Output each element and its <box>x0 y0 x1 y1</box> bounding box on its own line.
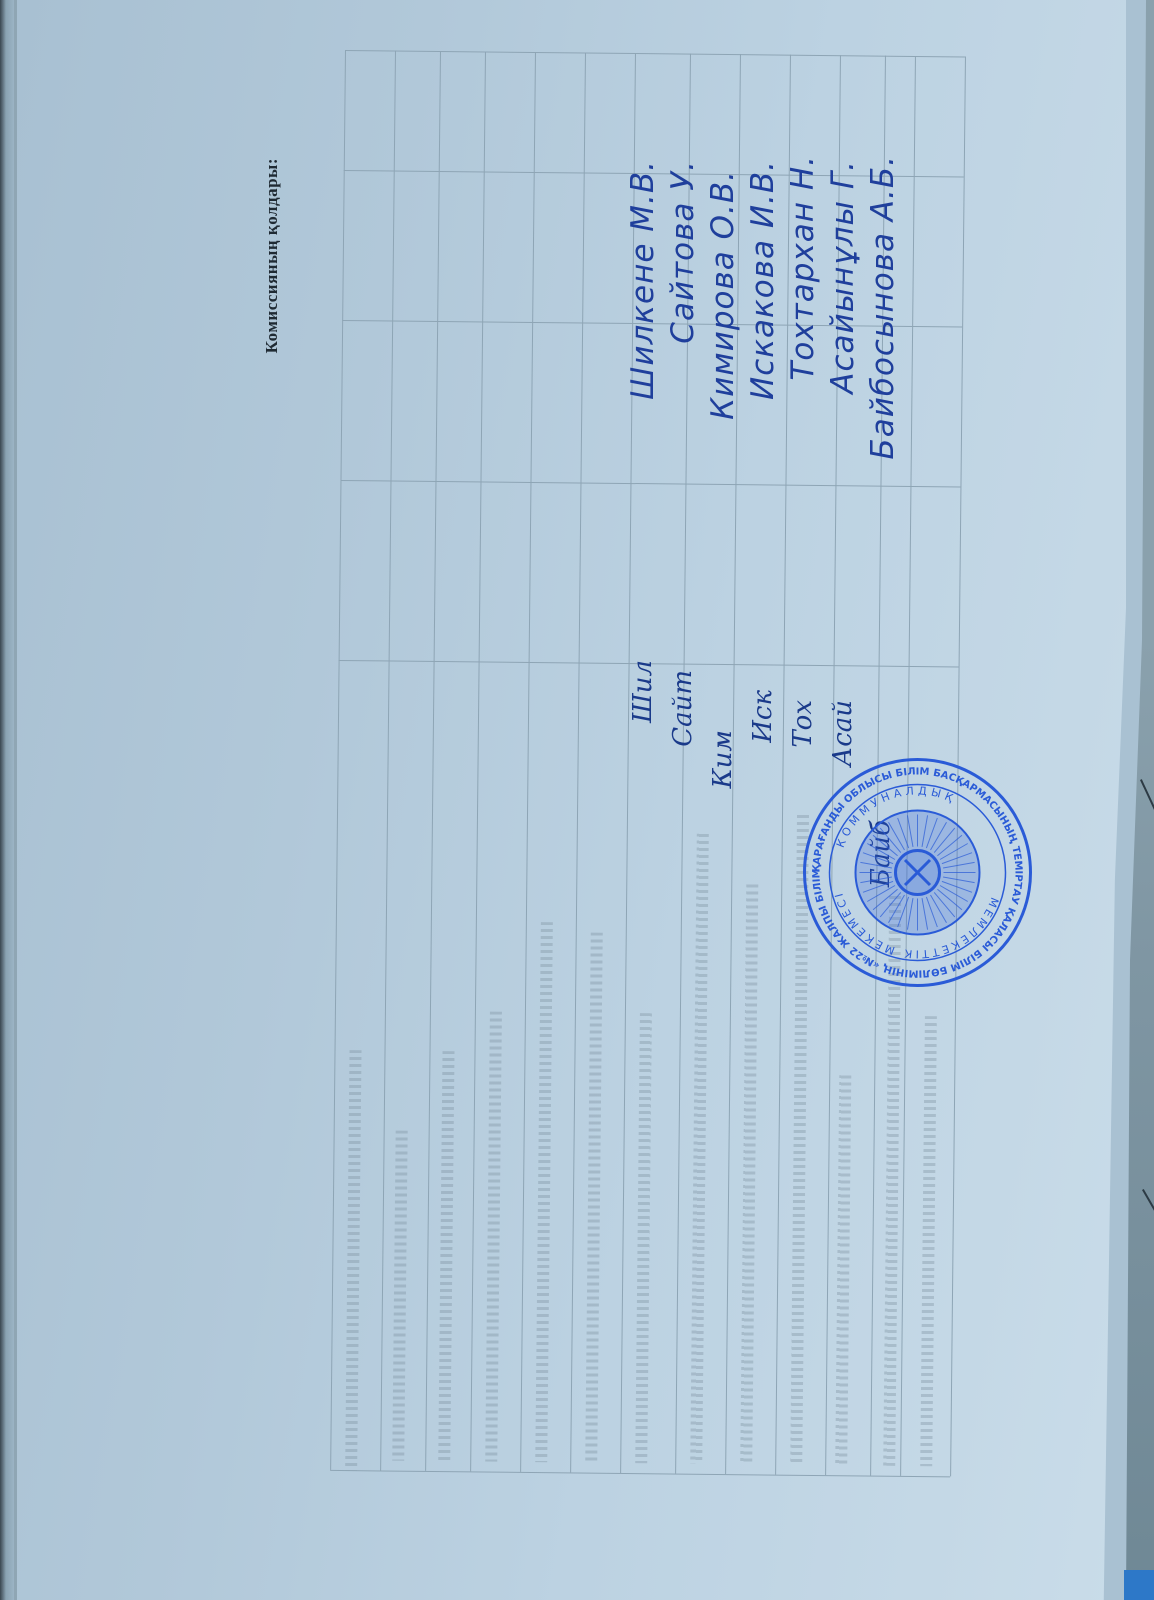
faint-show-through-text <box>535 922 553 1462</box>
faint-show-through-text <box>740 884 758 1464</box>
faint-show-through-text <box>485 1012 502 1462</box>
faint-show-through-text <box>920 1016 937 1466</box>
signature-list: Байбосынова А.Б. Асайынұлы Г. Тохтархан … <box>280 300 900 820</box>
signatory-name: Тохтархан Н. <box>785 155 821 381</box>
official-seal-stamp: ҚАРАҒАНДЫ ОБЛЫСЫ БІЛІМ БАСҚАРМАСЫНЫҢ ТЕМ… <box>800 755 1035 990</box>
underlying-page-edge <box>14 0 17 1600</box>
signatory-name: Сайтова У. <box>665 160 701 344</box>
faint-show-through-text <box>835 1075 851 1465</box>
signatory-name: Кимирова О.В. <box>705 170 741 420</box>
handwritten-signature: Ким <box>708 730 738 788</box>
handwritten-signature: Шил <box>628 660 658 723</box>
signatory-name: Асайынұлы Г. <box>825 160 861 394</box>
handwritten-signature: Тох <box>788 700 818 748</box>
commission-signatures-heading: Комиссияның қолдары: <box>262 158 282 353</box>
faint-show-through-text <box>438 1051 454 1461</box>
signatory-name: Шилкене М.В. <box>625 160 661 400</box>
faint-show-through-text <box>635 1013 652 1463</box>
handwritten-signature: Иск <box>748 690 778 743</box>
signatory-name: Искакова И.В. <box>745 160 781 400</box>
blue-object-corner <box>1124 1570 1154 1600</box>
faint-show-through-text <box>585 933 603 1463</box>
signatory-name: Байбосынова А.Б. <box>865 155 901 460</box>
faint-show-through-text <box>392 1131 407 1461</box>
faint-show-through-text <box>690 834 709 1464</box>
handwritten-signature: Сайт <box>668 670 698 747</box>
faint-show-through-text <box>345 1050 361 1470</box>
